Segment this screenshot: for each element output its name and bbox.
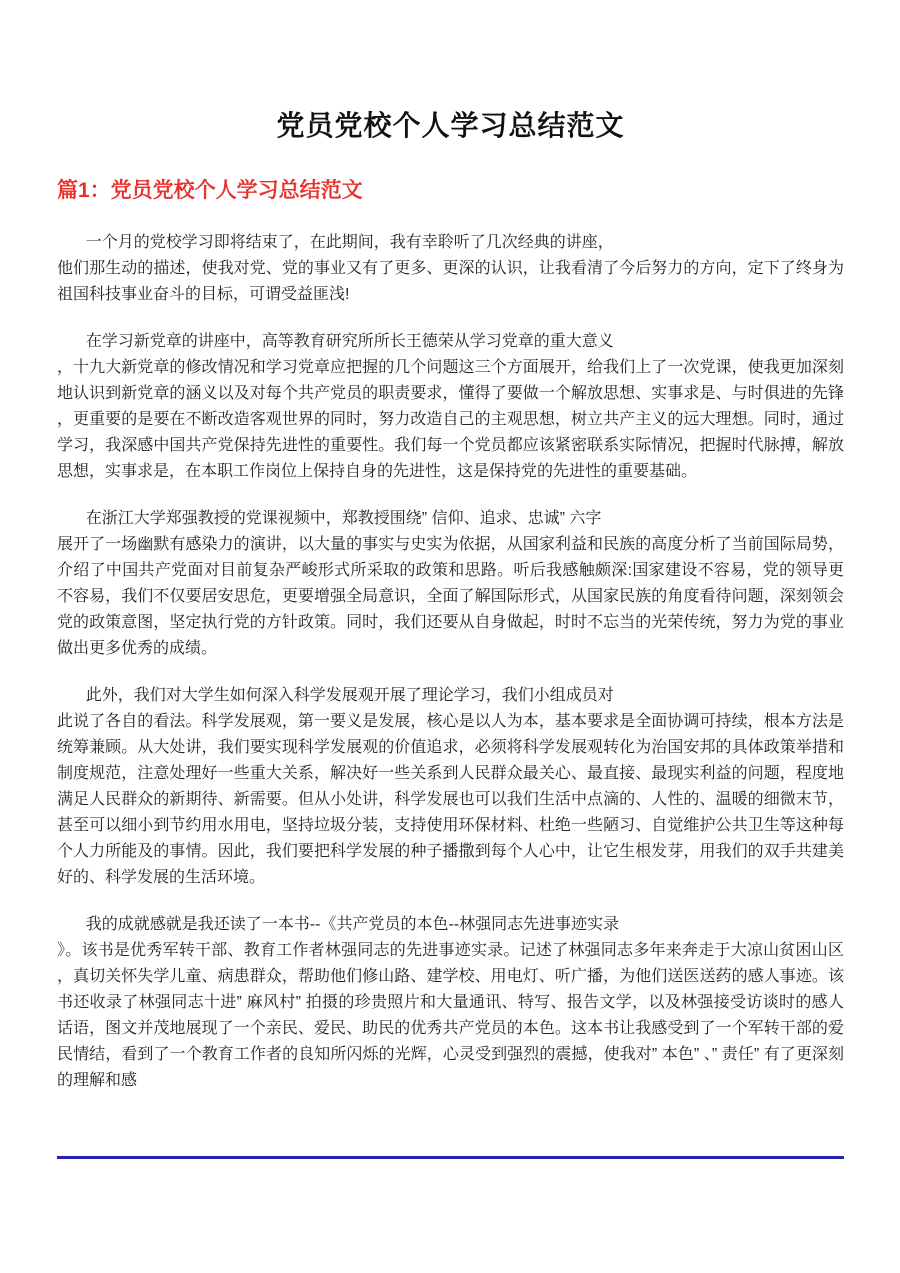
section-heading: 篇1：党员党校个人学习总结范文 <box>57 174 844 204</box>
paragraph-1: 一个月的党校学习即将结束了，在此期间，我有幸聆听了几次经典的讲座， 他们那生动的… <box>57 230 844 308</box>
paragraph-3: 在浙江大学郑强教授的党课视频中，郑教授围绕” 信仰、追求、忠诚” 六字 展开了一… <box>57 506 844 662</box>
paragraph-2-body: ，十九大新党章的修改情况和学习党章应把握的几个问题这三个方面展开，给我们上了一次… <box>57 359 844 480</box>
document-page: 党员党校个人学习总结范文 篇1：党员党校个人学习总结范文 一个月的党校学习即将结… <box>0 0 900 1273</box>
paragraph-5-lead: 我的成就感就是我还读了一本书--《共产党员的本色--林强同志先进事迹实录 <box>86 916 619 933</box>
paragraph-1-body: 他们那生动的描述，使我对党、党的事业又有了更多、更深的认识，让我看清了今后努力的… <box>57 260 844 303</box>
bottom-divider-line <box>57 1156 844 1159</box>
paragraph-5: 我的成就感就是我还读了一本书--《共产党员的本色--林强同志先进事迹实录 》。该… <box>57 912 844 1094</box>
paragraph-2: 在学习新党章的讲座中，高等教育研究所所长王德荣从学习党章的重大意义 ，十九大新党… <box>57 329 844 485</box>
paragraph-4-body: 此说了各自的看法。科学发展观，第一要义是发展，核心是以人为本，基本要求是全面协调… <box>57 713 844 886</box>
paragraph-4: 此外，我们对大学生如何深入科学发展观开展了理论学习，我们小组成员对 此说了各自的… <box>57 683 844 891</box>
page-title: 党员党校个人学习总结范文 <box>57 104 844 144</box>
paragraph-2-lead: 在学习新党章的讲座中，高等教育研究所所长王德荣从学习党章的重大意义 <box>86 333 614 350</box>
paragraph-3-body: 展开了一场幽默有感染力的演讲，以大量的事实与史实为依据，从国家利益和民族的高度分… <box>57 536 844 657</box>
paragraph-4-lead: 此外，我们对大学生如何深入科学发展观开展了理论学习，我们小组成员对 <box>86 687 614 704</box>
paragraph-5-body: 》。该书是优秀军转干部、教育工作者林强同志的先进事迹实录。记述了林强同志多年来奔… <box>57 942 844 1089</box>
paragraph-1-lead: 一个月的党校学习即将结束了，在此期间，我有幸聆听了几次经典的讲座， <box>86 234 614 251</box>
paragraph-3-lead: 在浙江大学郑强教授的党课视频中，郑教授围绕” 信仰、追求、忠诚” 六字 <box>86 510 602 527</box>
